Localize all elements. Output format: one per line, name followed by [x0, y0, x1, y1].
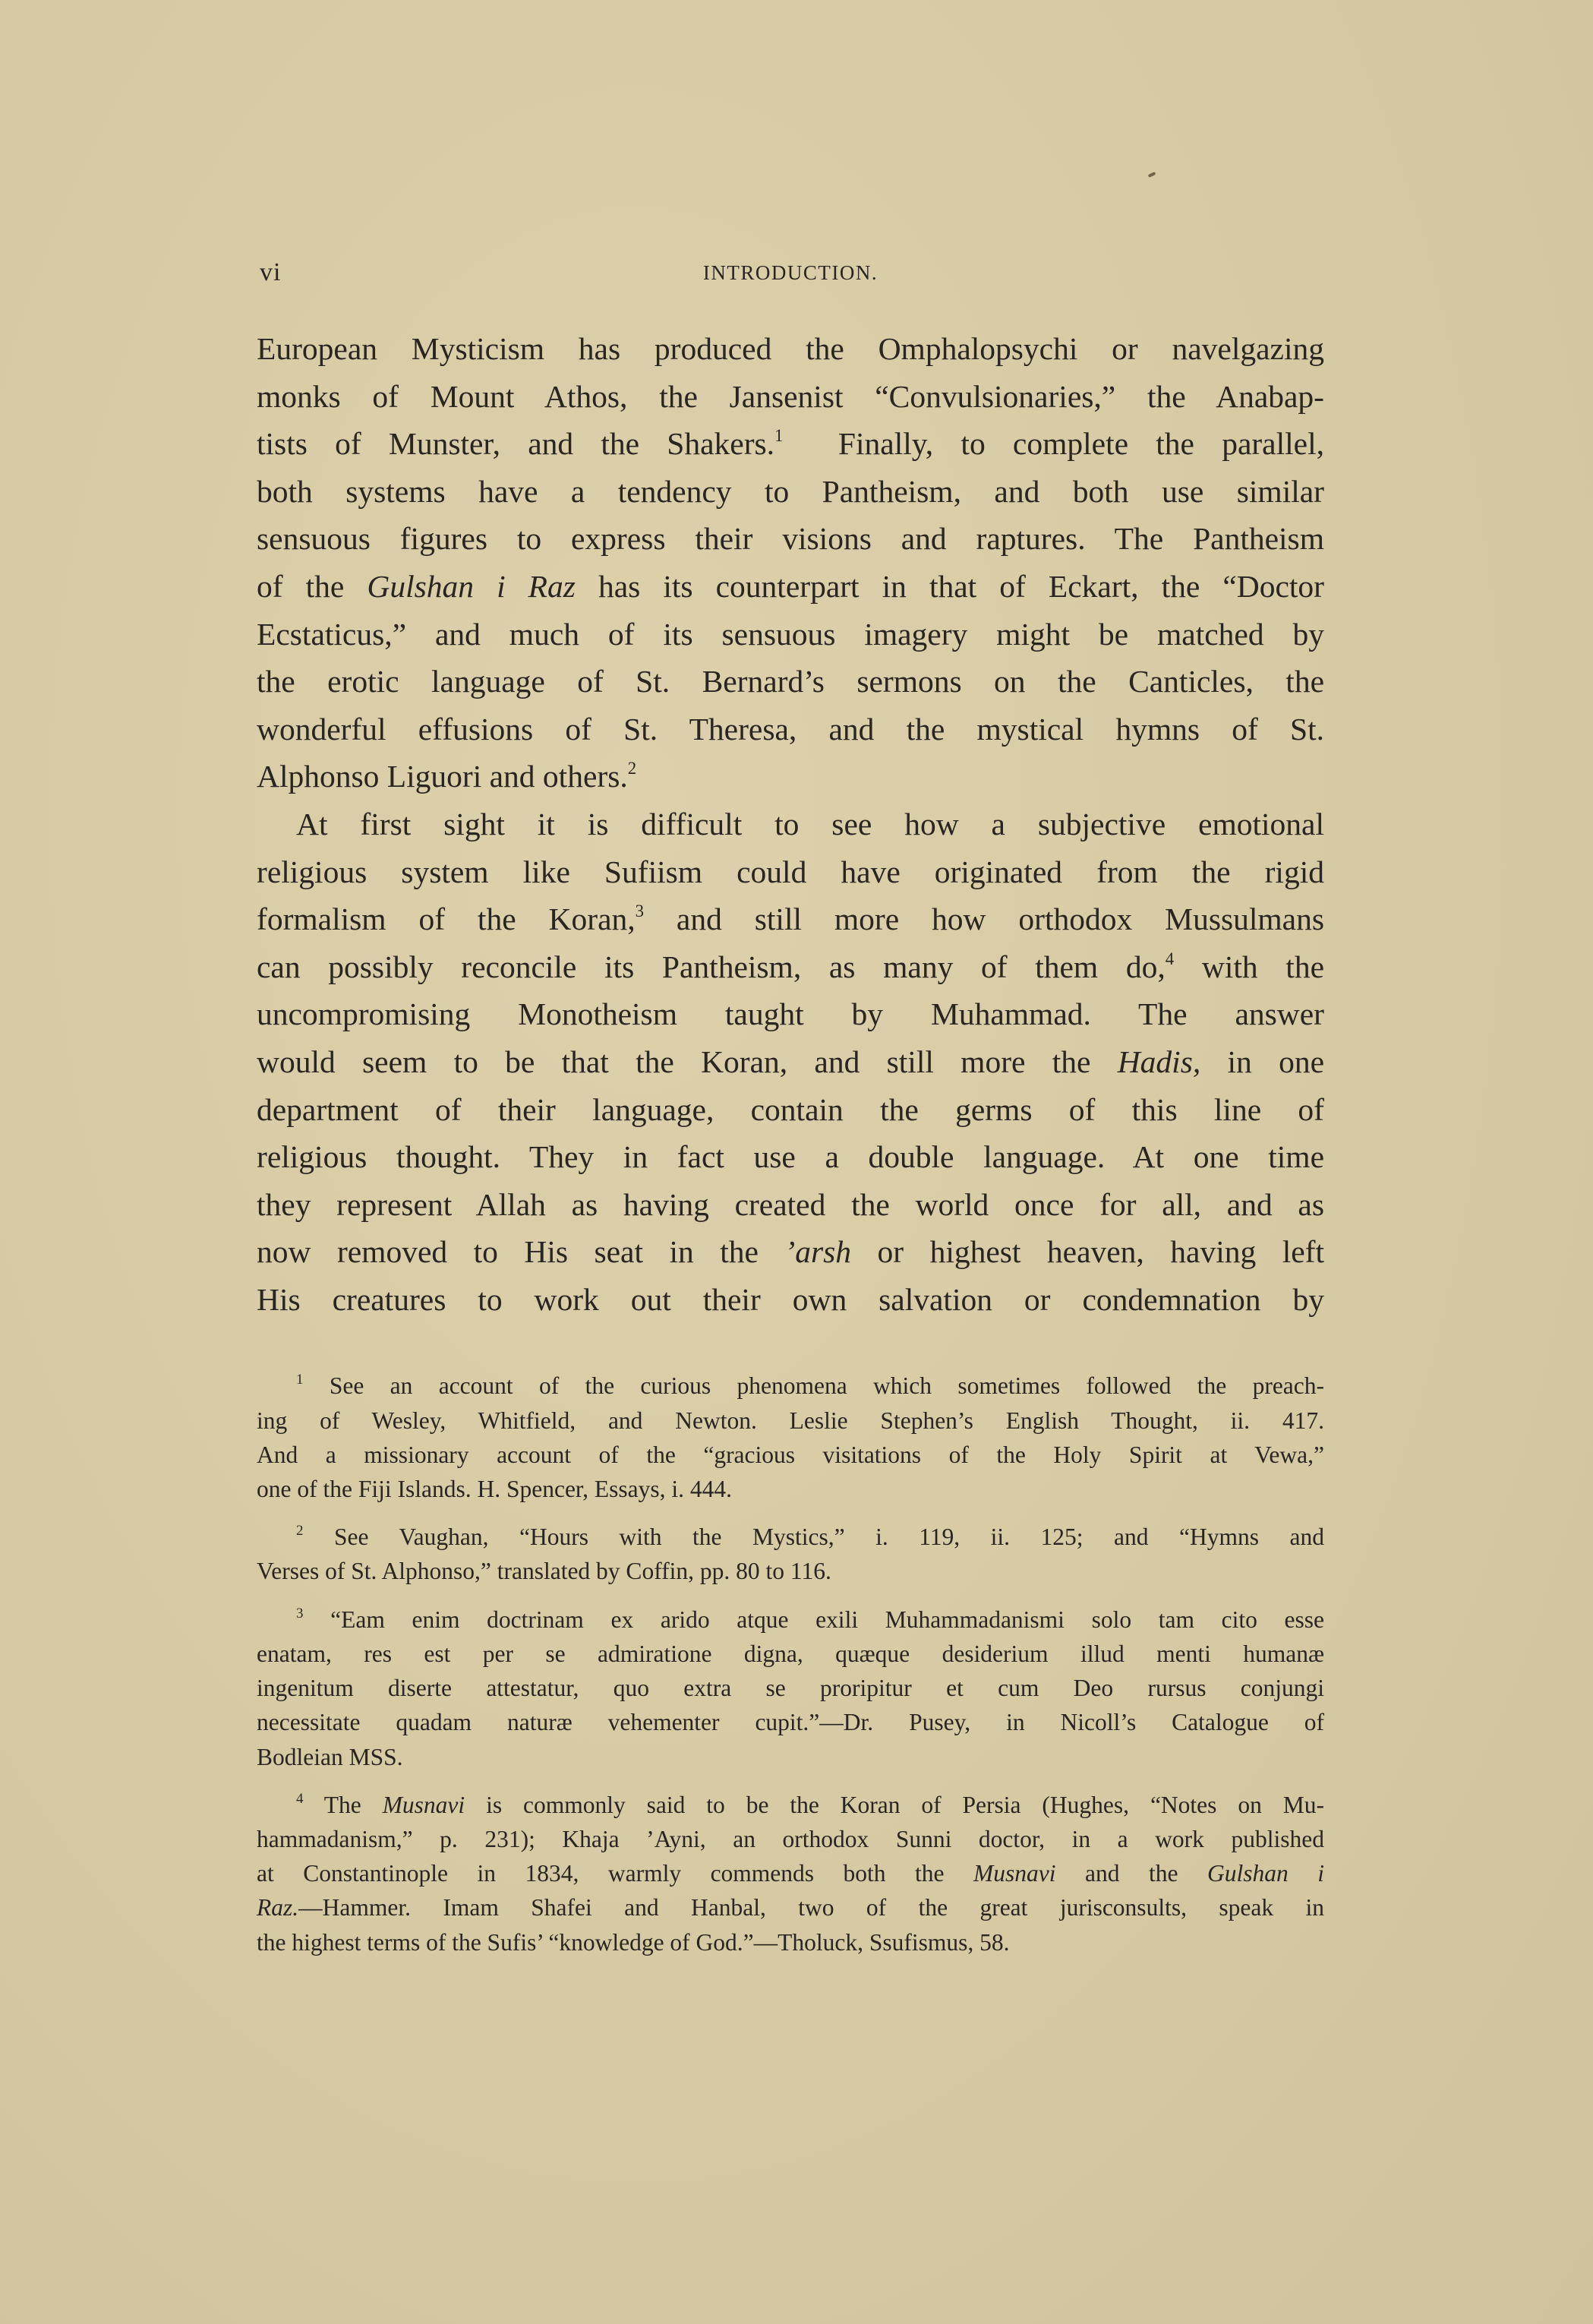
text-line: Ecstaticus,” and much of its sensuous im… [257, 611, 1324, 658]
text-segment: and the [1056, 1860, 1207, 1887]
text-segment: “Eam enim doctrinam ex arido atque exili… [330, 1606, 1324, 1633]
text-line: uncompromising Monotheism taught by Muha… [257, 990, 1324, 1038]
italic-term: ’arsh [784, 1234, 851, 1269]
running-head: vi INTRODUCTION. [257, 258, 1324, 296]
footnote-4: 4 The Musnavi is commonly said to be the… [257, 1788, 1324, 1959]
text-segment: has its counterpart in that of Eckart, t… [576, 569, 1324, 604]
text-segment: is commonly said to be the Koran of Pers… [465, 1792, 1324, 1818]
text-line: Raz.—Hammer. Imam Shafei and Hanbal, two… [257, 1890, 1324, 1925]
italic-title: Musnavi [973, 1860, 1055, 1887]
text-line: can possibly reconcile its Pantheism, as… [257, 943, 1324, 991]
italic-title: Raz. [257, 1894, 298, 1921]
text-segment: would seem to be that the Koran, and sti… [257, 1044, 1090, 1079]
text-line: Alphonso Liguori and others.2 [257, 753, 1324, 800]
footnote-1: 1 See an account of the curious phenomen… [257, 1369, 1324, 1506]
running-title: INTRODUCTION. [257, 261, 1324, 285]
text-line: 1 See an account of the curious phenomen… [257, 1369, 1324, 1403]
book-page: vi INTRODUCTION. European Mysticism has … [257, 258, 1324, 1973]
text-segment: See Vaughan, “Hours with the Mystics,” i… [334, 1524, 1324, 1550]
text-line: the erotic language of St. Bernard’s ser… [257, 658, 1324, 706]
paragraph-2: At first sight it is difficult to see ho… [257, 800, 1324, 1324]
text-line: ing of Wesley, Whitfield, and Newton. Le… [257, 1404, 1324, 1438]
text-segment: of the [257, 569, 344, 604]
text-line: Bodleian MSS. [257, 1740, 1324, 1774]
italic-title: Gulshan i Raz [367, 569, 576, 604]
text-segment: and still more how orthodox Mussulmans [644, 901, 1324, 936]
text-line: of the Gulshan i Raz has its counterpart… [257, 563, 1324, 611]
text-line: 4 The Musnavi is commonly said to be the… [257, 1788, 1324, 1822]
text-line: monks of Mount Athos, the Jansenist “Con… [257, 373, 1324, 421]
text-line: both systems have a tendency to Pantheis… [257, 468, 1324, 516]
text-line: His creatures to work out their own salv… [257, 1276, 1324, 1324]
paper-speck [1148, 172, 1156, 178]
text-segment: —Hammer. Imam Shafei and Hanbal, two of … [298, 1894, 1324, 1921]
footnote-mark: 2 [296, 1523, 303, 1539]
text-line: ingenitum diserte attestatur, quo extra … [257, 1671, 1324, 1705]
text-segment: Alphonso Liguori and others. [257, 759, 628, 794]
text-line: one of the Fiji Islands. H. Spencer, Ess… [257, 1472, 1324, 1506]
text-segment: or highest heaven, having left [851, 1234, 1324, 1269]
text-line: religious system like Sufiism could have… [257, 848, 1324, 896]
footnote-ref-3[interactable]: 3 [636, 901, 644, 920]
footnote-mark: 4 [296, 1790, 303, 1806]
text-segment: can possibly reconcile its Pantheism, as… [257, 949, 1166, 984]
footnote-2: 2 See Vaughan, “Hours with the Mystics,”… [257, 1520, 1324, 1588]
text-line: religious thought. They in fact use a do… [257, 1133, 1324, 1181]
text-segment: at Constantinople in 1834, warmly commen… [257, 1860, 973, 1887]
footnote-ref-2[interactable]: 2 [628, 759, 636, 778]
body-text: European Mysticism has produced the Omph… [257, 325, 1324, 1323]
text-line: hammadanism,” p. 231); Khaja ’Ayni, an o… [257, 1822, 1324, 1856]
text-line: department of their language, contain th… [257, 1086, 1324, 1134]
text-line: tists of Munster, and the Shakers.1 Fina… [257, 420, 1324, 468]
text-line: they represent Allah as having created t… [257, 1181, 1324, 1229]
text-segment: in one [1200, 1044, 1324, 1079]
text-segment: formalism of the Koran, [257, 901, 636, 936]
text-line: 3 “Eam enim doctrinam ex arido atque exi… [257, 1602, 1324, 1637]
text-line: sensuous figures to express their vision… [257, 515, 1324, 563]
text-line: European Mysticism has produced the Omph… [257, 325, 1324, 373]
footnote-ref-1[interactable]: 1 [774, 426, 783, 445]
text-segment: tists of Munster, and the Shakers. [257, 426, 774, 461]
text-line: at Constantinople in 1834, warmly commen… [257, 1856, 1324, 1890]
text-line: the highest terms of the Sufis’ “knowled… [257, 1925, 1324, 1959]
text-line: 2 See Vaughan, “Hours with the Mystics,”… [257, 1520, 1324, 1554]
text-line: enatam, res est per se admiratione digna… [257, 1637, 1324, 1671]
italic-title: Gulshan i [1207, 1860, 1324, 1887]
text-segment: with the [1174, 949, 1324, 984]
text-segment: See an account of the curious phenomena … [330, 1372, 1324, 1399]
text-line: At first sight it is difficult to see ho… [257, 800, 1324, 848]
text-line: Verses of St. Alphonso,” translated by C… [257, 1554, 1324, 1588]
footnote-mark: 3 [296, 1605, 303, 1621]
footnote-ref-4[interactable]: 4 [1166, 949, 1174, 968]
footnotes: 1 See an account of the curious phenomen… [257, 1369, 1324, 1959]
italic-title: Musnavi [383, 1792, 465, 1818]
text-segment: Finally, to complete the parallel, [783, 426, 1324, 461]
text-line: now removed to His seat in the ’arsh or … [257, 1228, 1324, 1276]
text-segment: now removed to His seat in the [257, 1234, 759, 1269]
text-line: And a missionary account of the “graciou… [257, 1438, 1324, 1472]
text-line: would seem to be that the Koran, and sti… [257, 1038, 1324, 1086]
text-segment: The [324, 1792, 383, 1818]
footnote-mark: 1 [296, 1372, 303, 1388]
footnote-3: 3 “Eam enim doctrinam ex arido atque exi… [257, 1602, 1324, 1774]
text-line: necessitate quadam naturæ vehementer cup… [257, 1705, 1324, 1739]
paragraph-1: European Mysticism has produced the Omph… [257, 325, 1324, 800]
text-line: formalism of the Koran,3 and still more … [257, 895, 1324, 943]
text-line: wonderful effusions of St. Theresa, and … [257, 706, 1324, 753]
italic-term: Hadis, [1118, 1044, 1201, 1079]
